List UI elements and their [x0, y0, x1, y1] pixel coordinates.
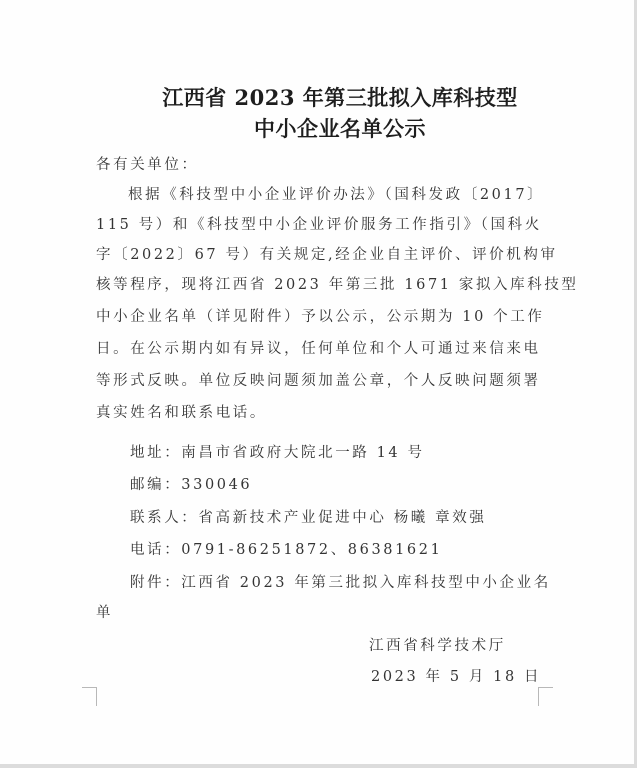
- body-line-4: 核等程序，现将江西省 2023 年第三批 1671 家拟入库科技型: [96, 273, 579, 294]
- body-line-5: 中小企业名单（详见附件）予以公示，公示期为 10 个工作: [96, 305, 544, 326]
- document-page: 江西省 2023 年第三批拟入库科技型 中小企业名单公示 各有关单位： 根据《科…: [0, 0, 637, 768]
- body-line-7: 等形式反映。单位反映问题须加盖公章，个人反映问题须署: [96, 369, 541, 390]
- issuer-name: 江西省科学技术厅: [369, 634, 506, 655]
- page-corner-mark-right: [538, 687, 553, 706]
- attachment-line-1: 附件：江西省 2023 年第三批拟入库科技型中小企业名: [130, 571, 551, 592]
- body-line-2: 115 号）和《科技型中小企业评价服务工作指引》（国科火: [96, 213, 542, 234]
- document-title-line-2: 中小企业名单公示: [0, 113, 637, 143]
- contact-address: 地址：南昌市省政府大院北一路 14 号: [130, 441, 425, 462]
- contact-person: 联系人：省高新技术产业促进中心 杨曦 章效强: [130, 506, 486, 527]
- body-line-3: 字〔2022〕67 号）有关规定,经企业自主评价、评价机构审: [96, 243, 558, 264]
- salutation: 各有关单位：: [96, 153, 199, 174]
- issue-date: 2023 年 5 月 18 日: [371, 665, 541, 686]
- contact-phone: 电话：0791-86251872、86381621: [130, 538, 442, 559]
- body-line-8: 真实姓名和联系电话。: [96, 401, 267, 422]
- document-title-line-1: 江西省 2023 年第三批拟入库科技型: [0, 82, 637, 112]
- body-line-6: 日。在公示期内如有异议，任何单位和个人可通过来信来电: [96, 337, 541, 358]
- body-line-1: 根据《科技型中小企业评价办法》（国科发政〔2017〕: [128, 183, 544, 204]
- contact-postcode: 邮编：330046: [130, 473, 252, 494]
- page-corner-mark-left: [82, 687, 97, 706]
- attachment-line-2: 单: [96, 601, 113, 622]
